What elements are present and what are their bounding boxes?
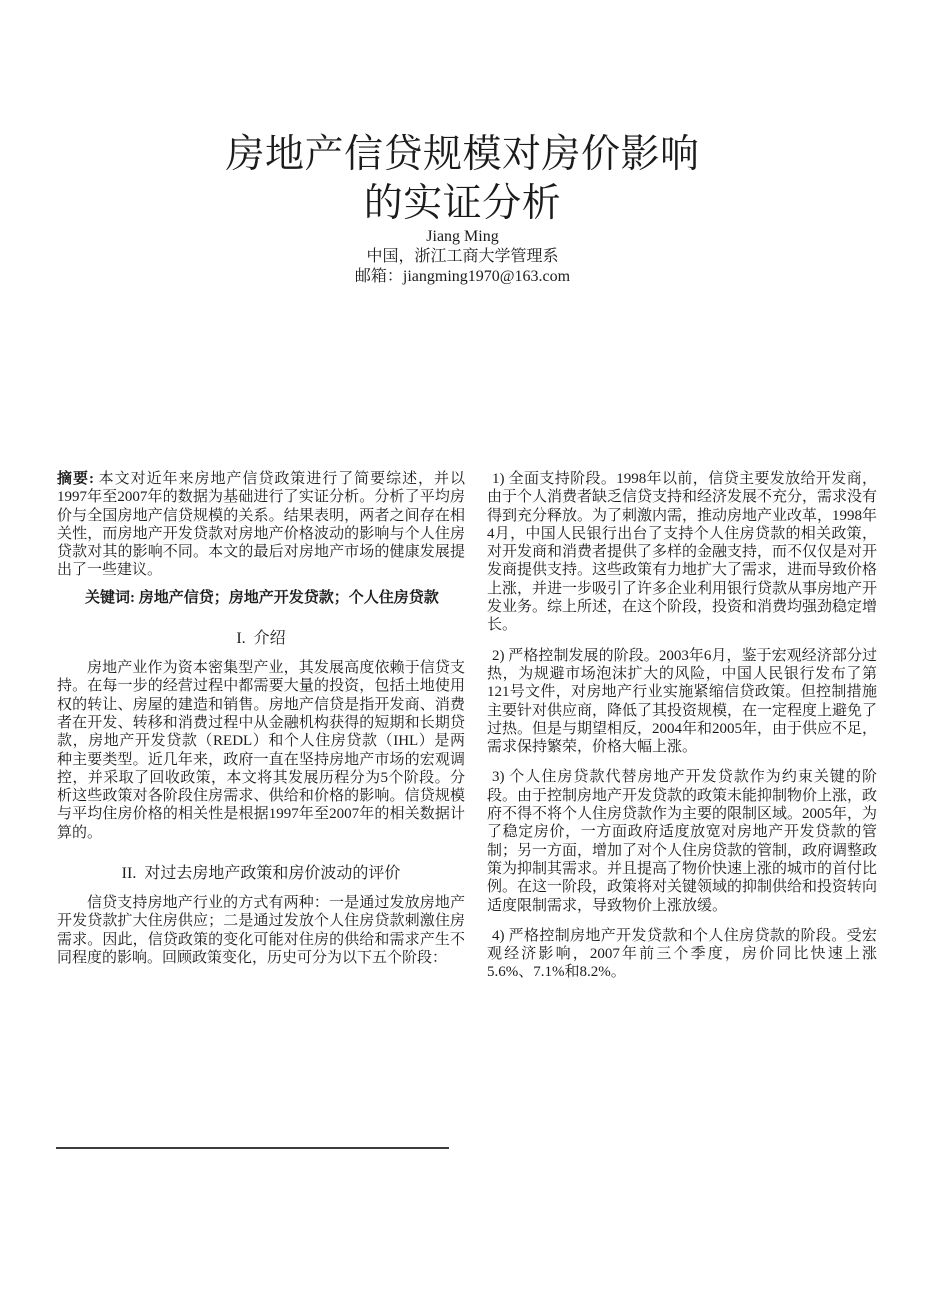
author-email: 邮箱：jiangming1970@163.com [0,267,925,287]
abstract-label: 摘要: [57,471,94,487]
abstract-text: 本文对近年来房地产信贷政策进行了简要综述，并以1997年至2007年的数据为基础… [57,471,465,578]
author-affiliation: 中国，浙江工商大学管理系 [0,247,925,267]
paper-page: 房地产信贷规模对房价影响 的实证分析 Jiang Ming 中国，浙江工商大学管… [0,0,925,1309]
stage-paragraph-3: 3) 个人住房贷款代替房地产开发贷款作为约束关键的阶段。由于控制房地产开发贷款的… [487,768,877,914]
footnote-separator-rule [56,1147,449,1149]
stage-paragraph-1: 1) 全面支持阶段。1998年以前，信贷主要发放给开发商，由于个人消费者缺乏信贷… [487,470,877,635]
section-2-paragraph: 信贷支持房地产行业的方式有两种：一是通过发放房地产开发贷款扩大住房供应；二是通过… [57,894,465,967]
keywords-line: 关键词: 房地产信贷；房地产开发贷款；个人住房贷款 [57,589,465,607]
abstract-paragraph: 摘要: 本文对近年来房地产信贷政策进行了简要综述，并以1997年至2007年的数… [57,470,465,580]
author-block: Jiang Ming 中国，浙江工商大学管理系 邮箱：jiangming1970… [0,227,925,287]
paper-title: 房地产信贷规模对房价影响 的实证分析 [0,130,925,228]
paper-title-line-2: 的实证分析 [0,179,925,228]
section-2-heading: II. 对过去房地产政策和房价波动的评价 [57,842,465,894]
section-1-heading: I. 介绍 [57,607,465,659]
stage-paragraph-4: 4) 严格控制房地产开发贷款和个人住房贷款的阶段。受宏观经济影响，2007年前三… [487,927,877,982]
section-1-paragraph: 房地产业作为资本密集型产业，其发展高度依赖于信贷支持。在每一步的经营过程中都需要… [57,659,465,842]
right-column: 1) 全面支持阶段。1998年以前，信贷主要发放给开发商，由于个人消费者缺乏信贷… [487,470,877,994]
stage-paragraph-2: 2) 严格控制发展的阶段。2003年6月，鉴于宏观经济部分过热，为规避市场泡沫扩… [487,647,877,757]
author-name: Jiang Ming [0,227,925,247]
paper-title-line-1: 房地产信贷规模对房价影响 [0,130,925,179]
left-column: 摘要: 本文对近年来房地产信贷政策进行了简要综述，并以1997年至2007年的数… [57,470,465,967]
